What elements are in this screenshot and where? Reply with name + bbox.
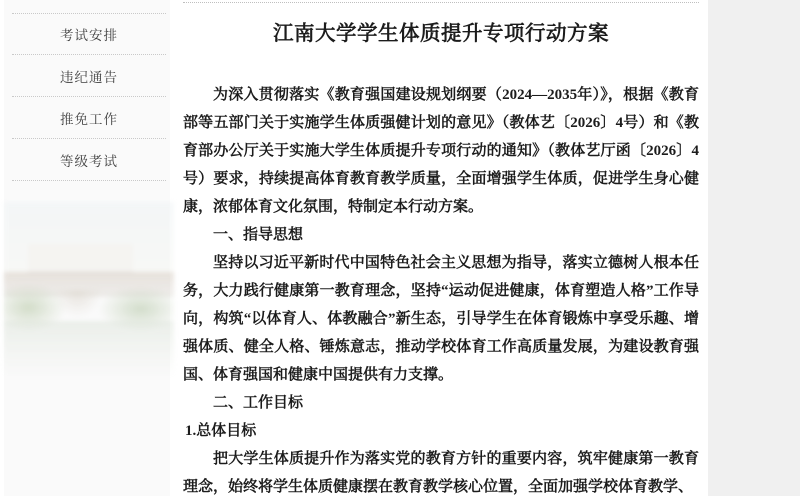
watermark-arch <box>52 290 103 318</box>
campus-watermark-image <box>4 202 174 377</box>
sidebar: 考试安排 违纪通告 推免工作 等级考试 <box>0 0 170 496</box>
sidebar-item-level-exams[interactable]: 等级考试 <box>12 139 166 181</box>
watermark-roofline <box>4 272 174 297</box>
top-dotted-divider <box>183 2 699 3</box>
heading-work-goals: 二、工作目标 <box>183 389 699 417</box>
sidebar-item-recommendation-work[interactable]: 推免工作 <box>12 97 166 139</box>
watermark-tree <box>4 283 67 332</box>
document-title: 江南大学学生体质提升专项行动方案 <box>183 18 699 50</box>
sidebar-item-label: 考试安排 <box>60 24 118 44</box>
watermark-sky <box>4 202 174 281</box>
heading-guiding-ideology: 一、指导思想 <box>183 221 699 249</box>
paragraph-guiding-ideology: 坚持以习近平新时代中国特色社会主义思想为指导，落实立德树人根本任务，大力践行健康… <box>183 249 699 389</box>
watermark-tree <box>98 286 175 332</box>
paragraph-overall-goal: 把大学生体质提升作为落实党的教育方针的重要内容，筑牢健康第一教育理念，始终将学生… <box>183 445 699 496</box>
watermark-water <box>4 321 174 377</box>
watermark-building <box>28 244 133 272</box>
document-body: 为深入贯彻落实《教育强国建设规划纲要（2024—2035年）》，根据《教育部等五… <box>183 81 699 496</box>
document-page: 江南大学学生体质提升专项行动方案 为深入贯彻落实《教育强国建设规划纲要（2024… <box>183 0 699 496</box>
right-gutter <box>708 0 800 496</box>
sidebar-item-label: 等级考试 <box>60 150 118 170</box>
sidebar-item-label: 推免工作 <box>60 108 118 128</box>
sidebar-menu: 考试安排 违纪通告 推免工作 等级考试 <box>12 13 166 181</box>
subheading-overall-goal: 1.总体目标 <box>183 417 699 445</box>
sidebar-item-label: 违纪通告 <box>60 66 118 86</box>
sidebar-item-exam-schedule[interactable]: 考试安排 <box>12 13 166 55</box>
paragraph-intro: 为深入贯彻落实《教育强国建设规划纲要（2024—2035年）》，根据《教育部等五… <box>183 81 699 221</box>
sidebar-item-violation-notice[interactable]: 违纪通告 <box>12 55 166 97</box>
